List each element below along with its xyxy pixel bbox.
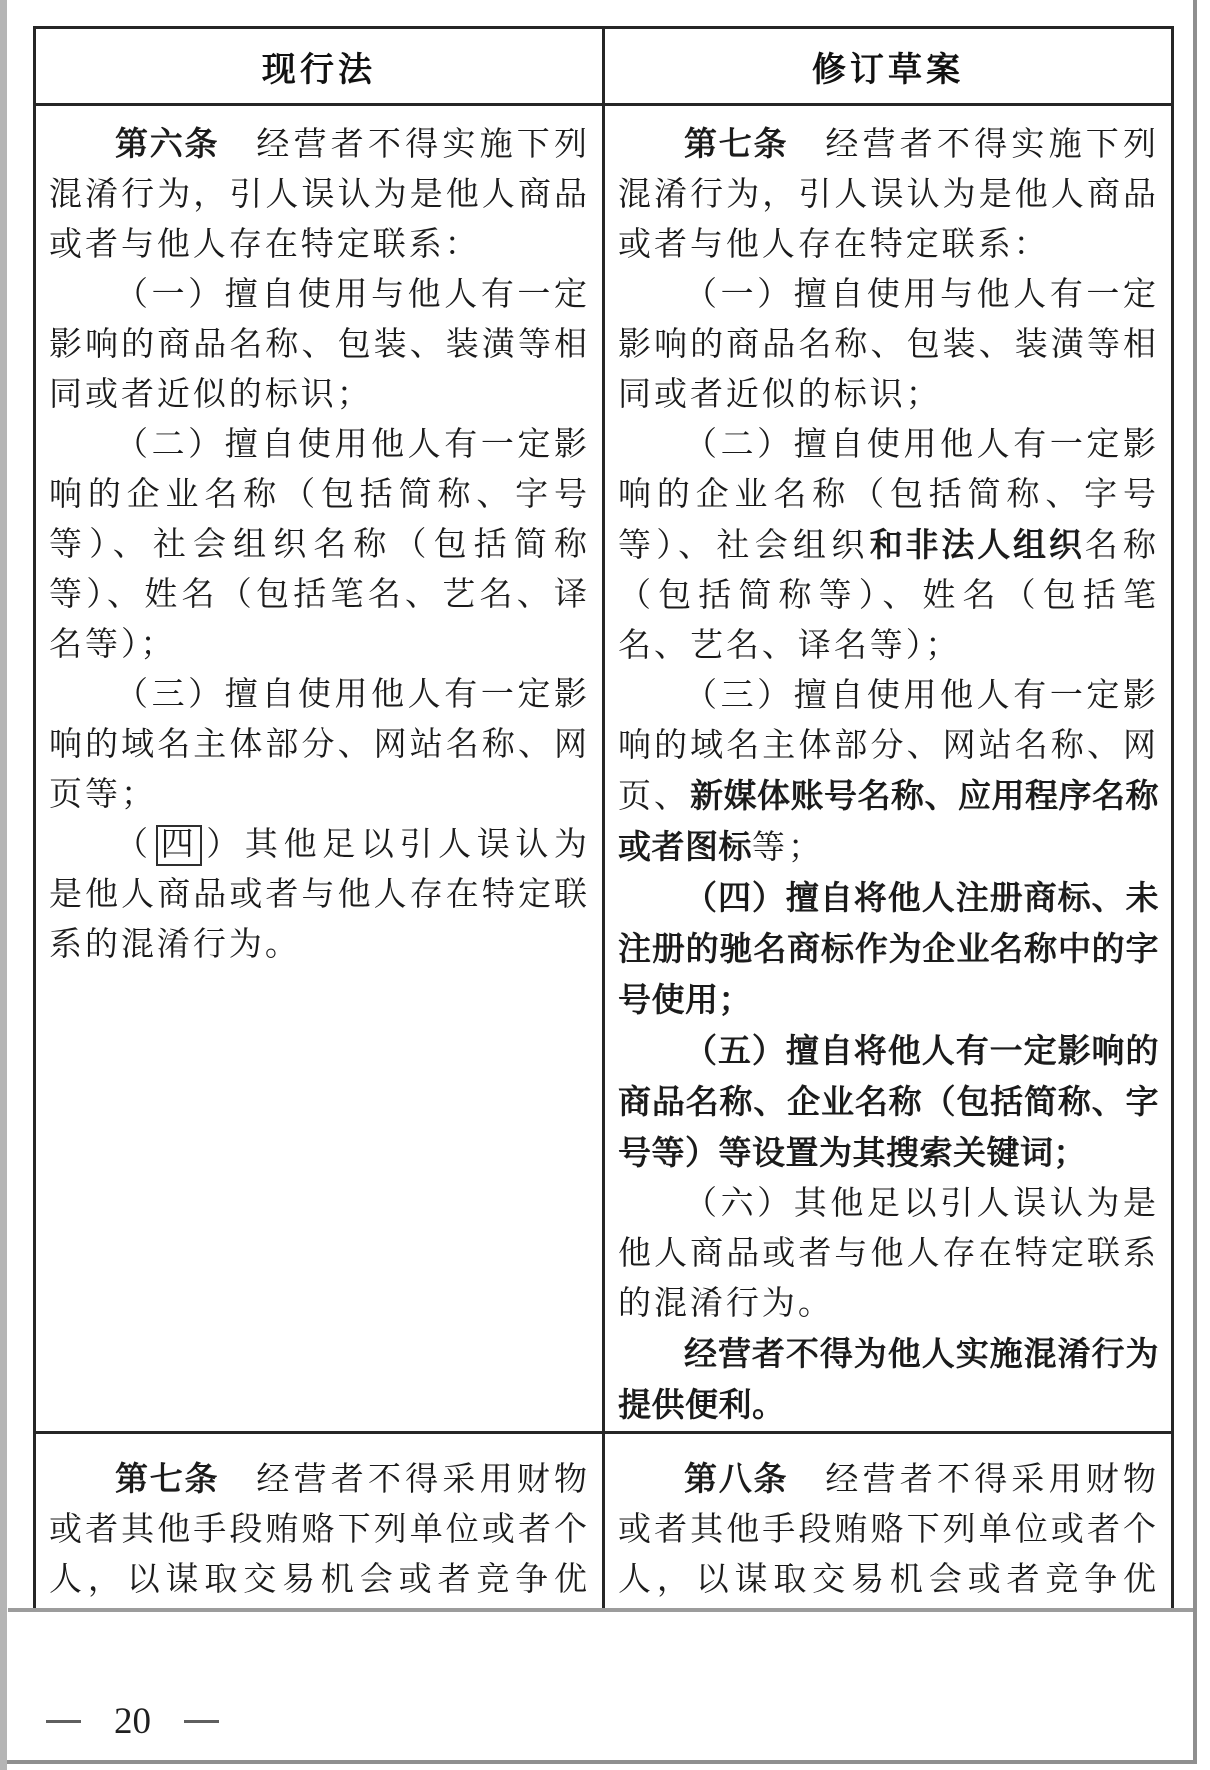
paragraph: （四）其他足以引人误认为是他人商品或者与他人存在特定联系的混淆行为。 <box>49 820 590 970</box>
paragraph: （三）擅自使用他人有一定影响的域名主体部分、网站名称、网页、新媒体账号名称、应用… <box>618 671 1159 873</box>
text-run: （二）擅自使用他人有一定影响的企业名称（包括简称、字号等）、社会组织名称（包括简… <box>49 427 590 663</box>
revised-bold-text-run: 经营者不得为他人实施混淆行为提供便利。 <box>618 1335 1159 1423</box>
revised-bold-text-run: 第七条 <box>684 125 788 162</box>
page-footer: 20 <box>46 1700 219 1743</box>
table-bottom-scan-line <box>8 1608 1193 1612</box>
text-run: （ <box>115 827 154 863</box>
revised-bold-text-run: 第六条 <box>115 125 219 162</box>
revised-bold-text-run: （四）擅自将他人注册商标、未注册的驰名商标作为企业名称中的字号使用； <box>618 879 1159 1018</box>
cell-current-law-article7: 第七条 经营者不得采用财物或者其他手段贿赂下列单位或者个人，以谋取交易机会或者竞… <box>36 1434 605 1608</box>
page-edge-right <box>1193 0 1197 1764</box>
revised-bold-text-run: 第七条 <box>115 1460 219 1497</box>
paragraph: 第八条 经营者不得采用财物或者其他手段贿赂下列单位或者个人，以谋取交易机会或者竞… <box>618 1454 1159 1608</box>
page-edge-bottom <box>7 1760 1197 1764</box>
paragraph: （二）擅自使用他人有一定影响的企业名称（包括简称、字号等）、社会组织名称（包括简… <box>49 420 590 670</box>
cell-revision-draft-article8: 第八条 经营者不得采用财物或者其他手段贿赂下列单位或者个人，以谋取交易机会或者竞… <box>605 1434 1171 1608</box>
page-edge-left <box>0 0 7 1770</box>
paragraph: 第七条 经营者不得采用财物或者其他手段贿赂下列单位或者个人，以谋取交易机会或者竞… <box>49 1454 590 1608</box>
paragraph: 第六条 经营者不得实施下列混淆行为，引人误认为是他人商品或者与他人存在特定联系： <box>49 119 590 270</box>
paragraph: （二）擅自使用他人有一定影响的企业名称（包括简称、字号等）、社会组织和非法人组织… <box>618 420 1159 671</box>
revised-bold-text-run: （五）擅自将他人有一定影响的商品名称、企业名称（包括简称、字号等）等设置为其搜索… <box>618 1032 1159 1171</box>
paragraph: （四）擅自将他人注册商标、未注册的驰名商标作为企业名称中的字号使用； <box>618 873 1159 1026</box>
text-run: （一）擅自使用与他人有一定影响的商品名称、包装、装潢等相同或者近似的标识； <box>618 277 1159 413</box>
revised-bold-text-run: 新媒体账号名称、应用程序名称或者图标 <box>618 777 1159 865</box>
cell-revision-draft-article7: 第七条 经营者不得实施下列混淆行为，引人误认为是他人商品或者与他人存在特定联系：… <box>605 106 1171 1434</box>
revised-bold-text-run: 第八条 <box>684 1460 788 1497</box>
cell-current-law-article6: 第六条 经营者不得实施下列混淆行为，引人误认为是他人商品或者与他人存在特定联系：… <box>36 106 605 1434</box>
footer-right-dash <box>184 1720 219 1723</box>
footer-left-dash <box>46 1720 81 1723</box>
paragraph: 经营者不得为他人实施混淆行为提供便利。 <box>618 1329 1159 1431</box>
law-comparison-table: 现行法 修订草案 第六条 经营者不得实施下列混淆行为，引人误认为是他人商品或者与… <box>33 26 1174 1608</box>
header-revision-draft: 修订草案 <box>605 29 1171 106</box>
text-run: （一）擅自使用与他人有一定影响的商品名称、包装、装潢等相同或者近似的标识； <box>49 277 590 413</box>
paragraph: （三）擅自使用他人有一定影响的域名主体部分、网站名称、网页等； <box>49 670 590 820</box>
paragraph: （一）擅自使用与他人有一定影响的商品名称、包装、装潢等相同或者近似的标识； <box>49 270 590 420</box>
revised-bold-text-run: 和非法人组织 <box>870 526 1085 563</box>
boxed-character: 四 <box>156 825 202 866</box>
paragraph: （一）擅自使用与他人有一定影响的商品名称、包装、装潢等相同或者近似的标识； <box>618 270 1159 420</box>
header-revision-draft-label: 修订草案 <box>812 42 964 91</box>
page-number: 20 <box>114 1700 151 1743</box>
text-run: 等； <box>752 830 824 866</box>
paragraph: （六）其他足以引人误认为是他人商品或者与他人存在特定联系的混淆行为。 <box>618 1179 1159 1329</box>
header-current-law-label: 现行法 <box>262 42 376 91</box>
paragraph: （五）擅自将他人有一定影响的商品名称、企业名称（包括简称、字号等）等设置为其搜索… <box>618 1026 1159 1179</box>
paragraph: 第七条 经营者不得实施下列混淆行为，引人误认为是他人商品或者与他人存在特定联系： <box>618 119 1159 270</box>
text-run: （三）擅自使用他人有一定影响的域名主体部分、网站名称、网页等； <box>49 677 590 813</box>
text-run: （六）其他足以引人误认为是他人商品或者与他人存在特定联系的混淆行为。 <box>618 1186 1159 1322</box>
header-current-law: 现行法 <box>36 29 605 106</box>
